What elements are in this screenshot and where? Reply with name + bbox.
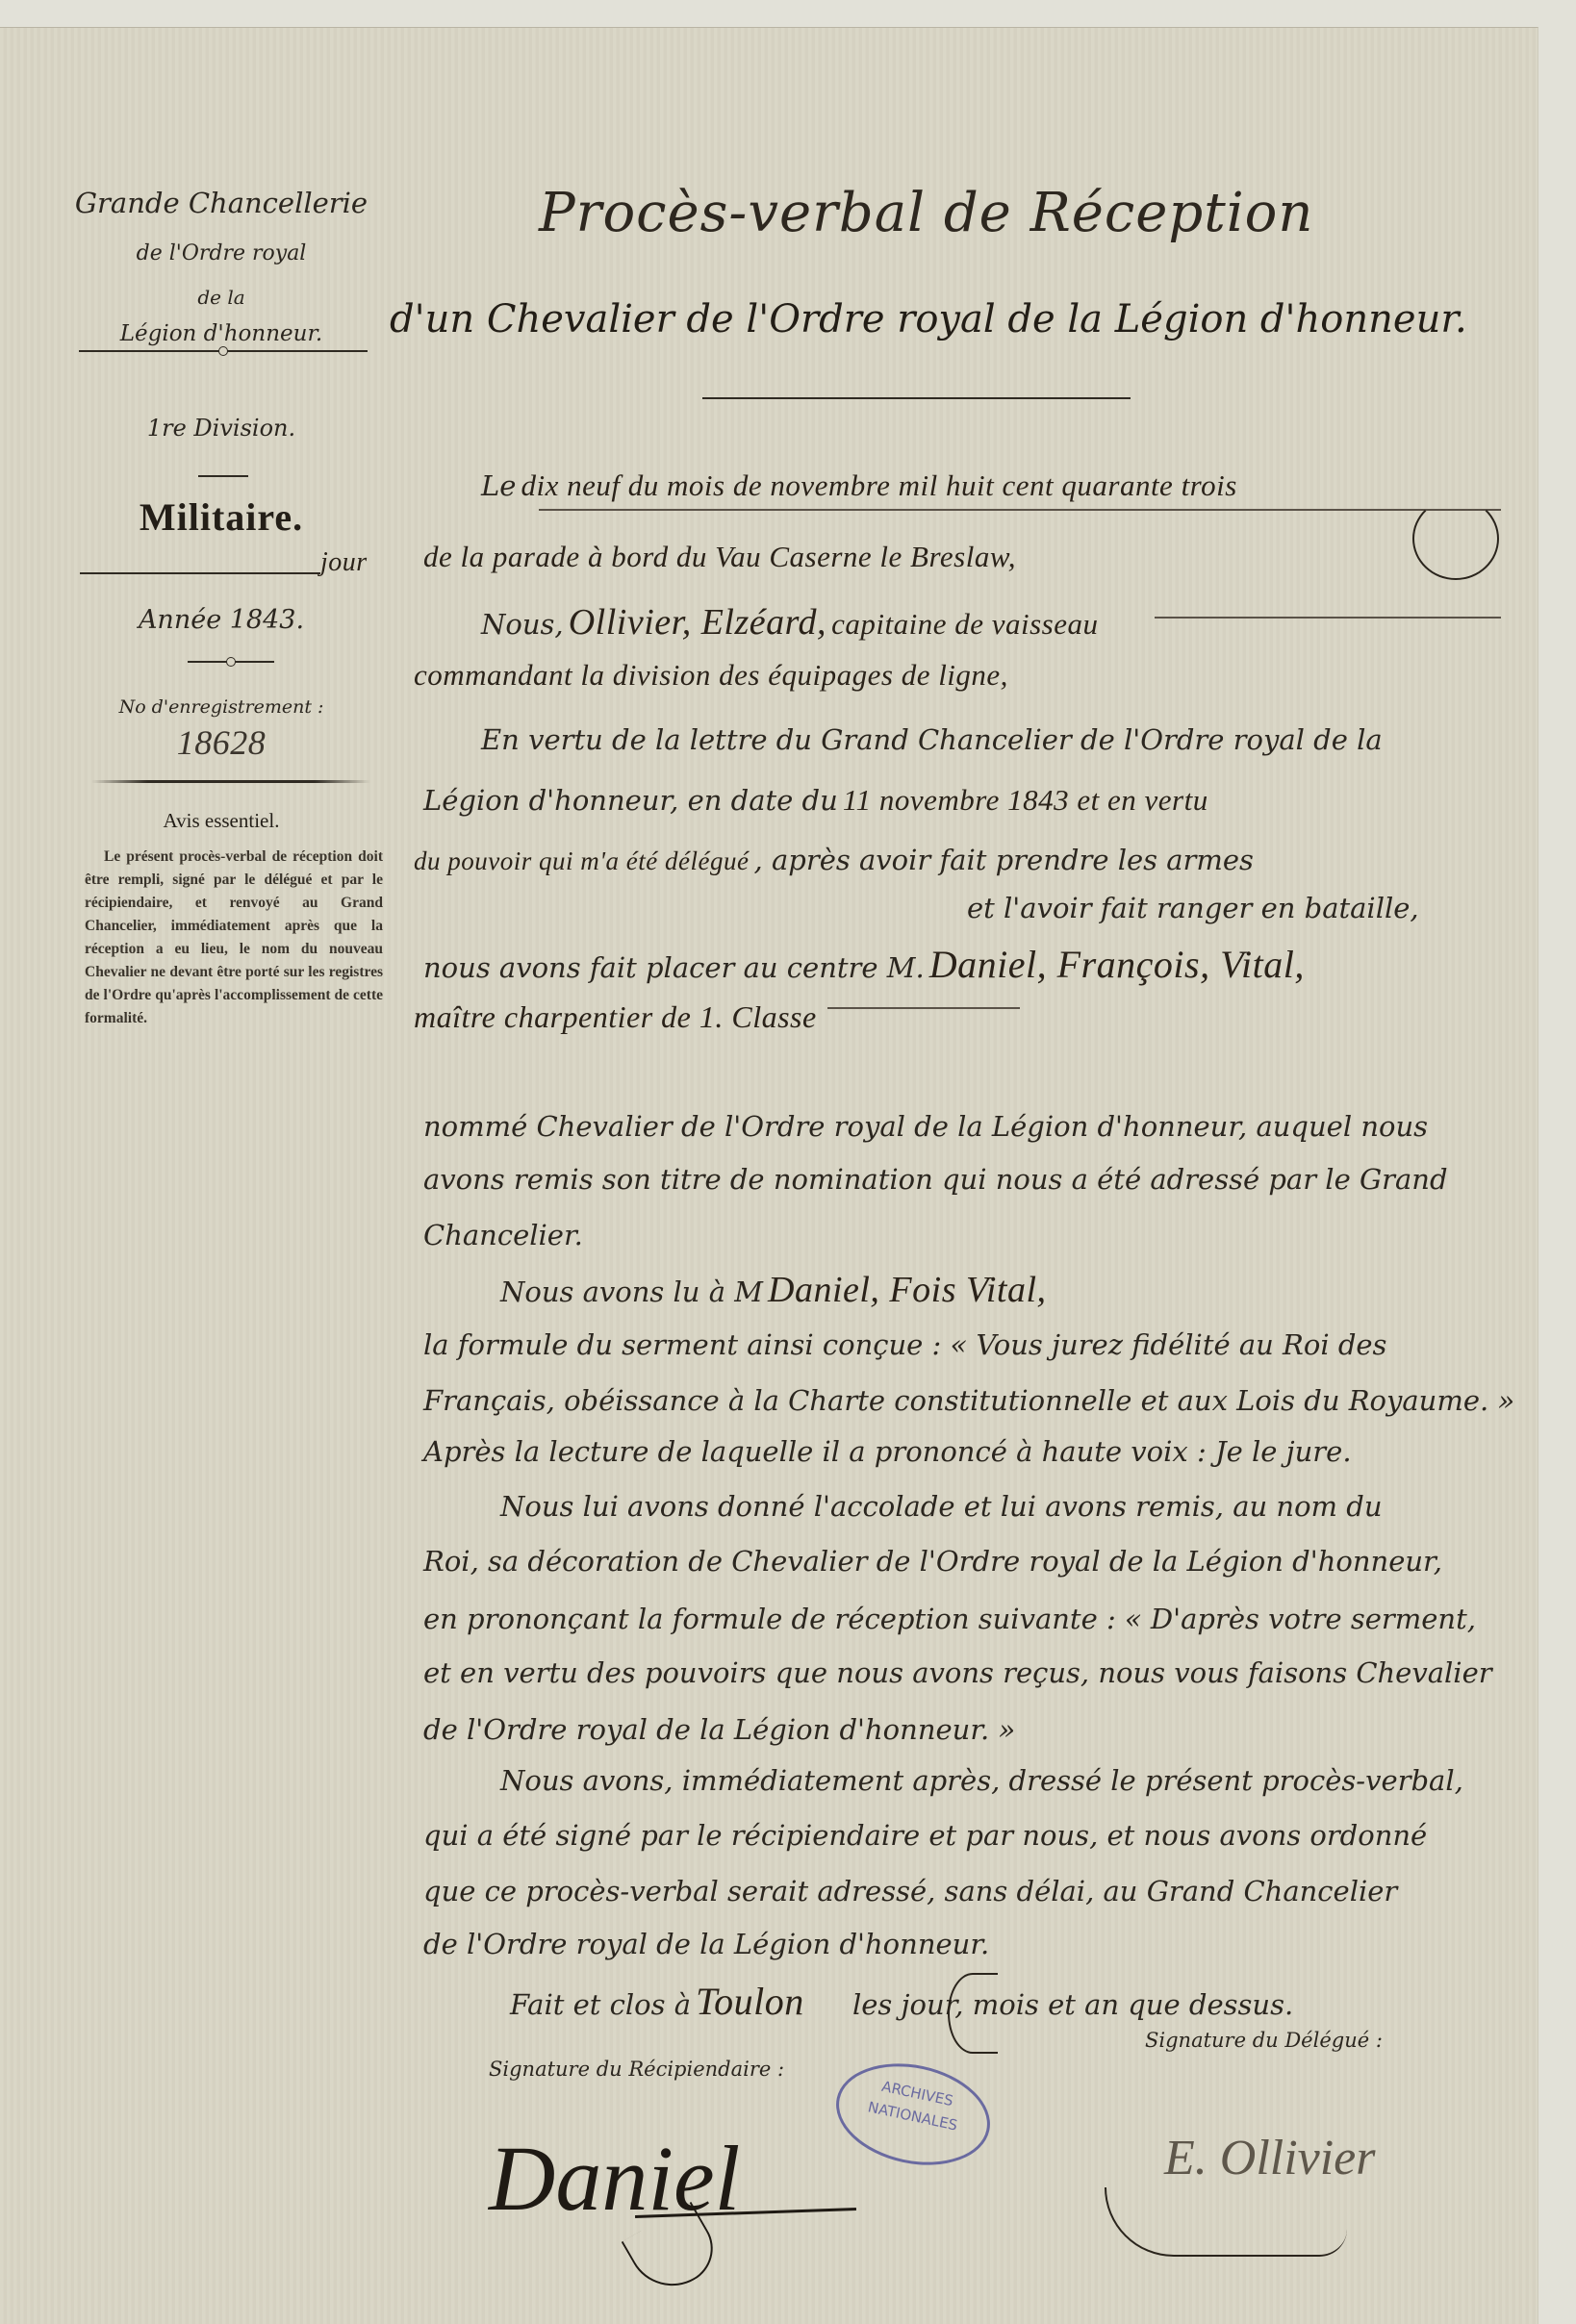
body-line-4: commandant la division des équipages de … xyxy=(414,658,1008,693)
ink-flourish xyxy=(948,1973,998,2054)
fill-rule xyxy=(1155,617,1501,619)
body-line-24: qui a été signé par le récipiendaire et … xyxy=(423,1819,1427,1852)
body-line-23: Nous avons, immédiatement après, dressé … xyxy=(500,1764,1463,1797)
ink-flourish xyxy=(1412,497,1499,580)
archives-nationales-stamp: ARCHIVES NATIONALES xyxy=(826,2050,1000,2178)
printed-text: Fait et clos à xyxy=(510,1988,691,2021)
body-line-7: du pouvoir qui m'a été délégué , après a… xyxy=(414,844,1254,876)
body-line-17: Après la lecture de laquelle il a pronon… xyxy=(423,1435,1352,1468)
handwritten-name: Daniel, François, Vital, xyxy=(929,943,1305,986)
body-line-19: Roi, sa décoration de Chevalier de l'Ord… xyxy=(423,1545,1442,1578)
printed-text: Légion d'honneur, en date du xyxy=(423,784,838,817)
fill-rule xyxy=(539,509,1501,511)
body-line-26: de l'Ordre royal de la Légion d'honneur. xyxy=(423,1928,989,1960)
body-line-18: Nous lui avons donné l'accolade et lui a… xyxy=(500,1490,1383,1523)
document-title: Procès-verbal de Réception xyxy=(539,182,1313,244)
sidebar-bottom-divider xyxy=(91,780,370,783)
body-line-12: avons remis son titre de nomination qui … xyxy=(423,1163,1448,1196)
body-line-9: nous avons fait placer au centre M. Dani… xyxy=(423,942,1305,987)
delegate-signature-label: Signature du Délégué : xyxy=(1145,2029,1383,2052)
body-line-15: la formule du serment ainsi conçue : « V… xyxy=(423,1328,1386,1361)
document-page: Grande Chancellerie de l'Ordre royal de … xyxy=(0,27,1538,2324)
handwritten-date: dix neuf du mois de novembre mil huit ce… xyxy=(521,468,1237,502)
institution-line-3: de la xyxy=(58,286,385,309)
body-line-3: Nous, Ollivier, Elzéard, capitaine de va… xyxy=(481,601,1099,644)
recipient-signature-label: Signature du Récipiendaire : xyxy=(489,2058,784,2081)
handwritten-name: Ollivier, Elzéard, xyxy=(569,602,826,643)
document-subtitle: d'un Chevalier de l'Ordre royal de la Lé… xyxy=(390,297,1467,341)
year-flourish-divider xyxy=(188,661,274,663)
jour-rule xyxy=(80,572,320,574)
body-line-5: En vertu de la lettre du Grand Chancelie… xyxy=(481,723,1383,756)
handwritten-name: Daniel, Fois Vital, xyxy=(768,1270,1047,1310)
fill-rule xyxy=(827,1007,1020,1009)
body-line-21: et en vertu des pouvoirs que nous avons … xyxy=(423,1656,1492,1689)
body-line-2: de la parade à bord du Vau Caserne le Br… xyxy=(423,540,1016,574)
body-line-16: Français, obéissance à la Charte constit… xyxy=(423,1384,1514,1417)
registration-label: No d'enregistrement : xyxy=(58,696,385,718)
institution-line-2: de l'Ordre royal xyxy=(58,241,385,265)
institution-line-1: Grande Chancellerie xyxy=(58,187,385,219)
printed-text: Nous avons lu à M xyxy=(500,1276,763,1308)
institution-line-4: Légion d'honneur. xyxy=(58,321,385,346)
jour-note: jour xyxy=(320,547,368,578)
signature-flourish xyxy=(1105,2187,1347,2257)
category-label: Militaire. xyxy=(58,494,385,540)
body-line-20: en prononçant la formule de réception su… xyxy=(423,1603,1476,1635)
body-line-10: maître charpentier de 1. Classe xyxy=(414,999,817,1035)
handwritten-date: 11 novembre 1843 et en vertu xyxy=(843,783,1208,817)
body-line-27: Fait et clos à Toulon les jour, mois et … xyxy=(510,1979,1293,2024)
printed-text: , après avoir fait prendre les armes xyxy=(754,844,1254,876)
printed-text: Le xyxy=(481,469,516,502)
notice-title: Avis essentiel. xyxy=(58,809,385,833)
handwritten-text: du pouvoir qui m'a été délégué xyxy=(414,846,749,875)
handwritten-place: Toulon xyxy=(696,1980,804,2023)
printed-text: nous avons fait placer au centre M. xyxy=(423,951,925,984)
notice-body: Le présent procès-verbal de réception do… xyxy=(85,846,383,1030)
body-line-13: Chancelier. xyxy=(423,1219,583,1251)
short-divider xyxy=(198,475,248,477)
division-label: 1re Division. xyxy=(58,415,385,442)
handwritten-rank: capitaine de vaisseau xyxy=(831,607,1098,641)
body-line-1: Le dix neuf du mois de novembre mil huit… xyxy=(481,468,1237,503)
body-line-25: que ce procès-verbal serait adressé, san… xyxy=(423,1875,1397,1907)
body-line-8: et l'avoir fait ranger en bataille, xyxy=(967,892,1419,924)
body-line-14: Nous avons lu à M Daniel, Fois Vital, xyxy=(500,1269,1047,1311)
registration-number: 18628 xyxy=(58,722,385,763)
body-line-6: Légion d'honneur, en date du 11 novembre… xyxy=(423,783,1208,818)
year-label: Année 1843. xyxy=(58,605,385,635)
body-line-22: de l'Ordre royal de la Légion d'honneur.… xyxy=(423,1713,1015,1746)
sidebar-flourish-divider xyxy=(79,350,368,352)
printed-text: les jour, mois et an que dessus. xyxy=(852,1988,1293,2021)
delegate-signature: E. Ollivier xyxy=(1164,2130,1376,2186)
printed-text: Nous, xyxy=(481,608,564,641)
title-divider xyxy=(702,397,1131,399)
body-line-11: nommé Chevalier de l'Ordre royal de la L… xyxy=(423,1110,1428,1143)
